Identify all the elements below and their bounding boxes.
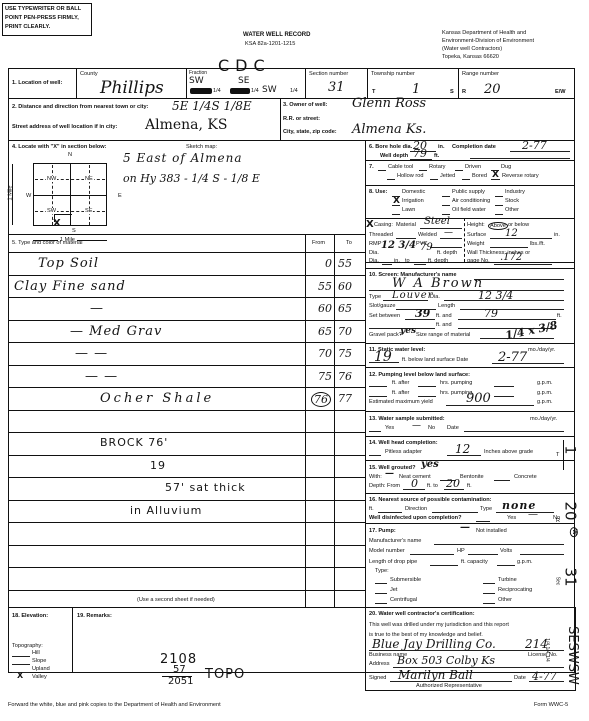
owner-label: 3. Owner of well: xyxy=(283,102,327,108)
use-other[interactable]: Other xyxy=(505,207,519,213)
material-cell[interactable]: BROCK 76' xyxy=(100,436,168,449)
south-label: S xyxy=(72,228,76,234)
gage-value[interactable]: .172 xyxy=(500,252,522,263)
agency-line-1: Kansas Department of Health and xyxy=(442,30,526,36)
nw-label: NW xyxy=(46,176,57,182)
row-divider xyxy=(8,342,366,343)
row-divider xyxy=(8,410,366,411)
rr-label: R.R. or street: xyxy=(283,116,320,122)
use-industry[interactable]: Industry xyxy=(505,189,525,195)
materials-footer: (Use a second sheet if needed) xyxy=(137,597,215,603)
material-cell[interactable]: 19 xyxy=(150,459,166,472)
remarks-line-3[interactable]: 2051 xyxy=(168,676,193,687)
cert-date-label: Date xyxy=(514,675,526,681)
row-divider xyxy=(8,545,366,546)
margin-r-dir: W xyxy=(570,527,578,537)
from-cell[interactable]: 65 xyxy=(308,325,332,338)
pump-not-installed[interactable]: Not installed xyxy=(476,528,507,534)
welded-label: Welded xyxy=(418,232,437,238)
row-divider xyxy=(8,297,366,298)
disinfected-label: Well disinfected upon completion? xyxy=(369,515,462,521)
row-divider xyxy=(8,320,366,321)
to-cell[interactable]: 70 xyxy=(338,325,352,338)
range-prefix: R xyxy=(462,89,466,95)
margin-quarter-labels: 1/4 1/4 1/4 xyxy=(544,638,550,662)
contamination-type-label: Type xyxy=(480,506,492,512)
contamination-direction: Direction xyxy=(405,506,427,512)
remarks-topo[interactable]: TOPO xyxy=(205,667,245,682)
static-below: ft. below land surface Date xyxy=(402,357,468,363)
margin-r-label: R xyxy=(556,518,560,524)
quarter-mark-3: 1/4 xyxy=(290,88,298,94)
margin-township-line xyxy=(563,440,564,470)
instruction-line-2: POINT PEN-PRESS FIRMLY, xyxy=(5,15,79,21)
weight-unit: lbs./ft. xyxy=(530,241,545,247)
material-cell[interactable]: — — xyxy=(85,369,118,384)
margin-quarters: SESWSW xyxy=(565,626,580,685)
material-cell[interactable]: Ocher Shale xyxy=(100,391,214,406)
row-divider xyxy=(8,500,366,501)
sample-no[interactable]: No xyxy=(428,425,435,431)
sketch-line-2[interactable]: on Hy 383 - 1/4 S - 1/8 E xyxy=(123,172,260,185)
sketch-map-label: Sketch map: xyxy=(186,144,217,150)
set-ft: ft. xyxy=(557,313,562,319)
location-tick-h xyxy=(54,214,72,215)
section-value[interactable]: 31 xyxy=(328,80,345,95)
topo-slope[interactable]: Slope xyxy=(32,658,46,664)
pump-model: Model number xyxy=(369,548,405,554)
from-cell[interactable]: 60 xyxy=(308,302,332,315)
screen-manufacturer[interactable]: W A Brown xyxy=(392,276,484,291)
ne-label: NE xyxy=(84,176,94,182)
static-date[interactable]: 2-77 xyxy=(498,350,527,365)
township-suffix: S xyxy=(450,89,454,95)
depth-value[interactable]: 79 xyxy=(413,147,427,160)
row-divider xyxy=(8,567,366,568)
slot-label: Slot/gauze xyxy=(369,303,395,309)
use-public[interactable]: Public supply xyxy=(452,189,485,195)
grout-to[interactable]: 20 xyxy=(446,477,460,490)
north-label: N xyxy=(68,152,72,158)
location-x-mark: X xyxy=(53,218,61,229)
material-cell[interactable]: 57' sat thick xyxy=(165,481,246,494)
to-cell[interactable]: 76 xyxy=(338,370,352,383)
grout-bentonite[interactable]: Bentonite xyxy=(460,474,484,480)
from-cell[interactable]: 75 xyxy=(308,370,332,383)
use-irrigation[interactable]: Irrigation xyxy=(402,198,424,204)
method-bored[interactable]: Bored xyxy=(472,173,487,179)
pump-label: 17. Pump: xyxy=(369,528,396,534)
row-divider xyxy=(8,432,366,433)
grout-concrete[interactable]: Concrete xyxy=(514,474,537,480)
screen-type[interactable]: Louver xyxy=(392,290,433,301)
threaded-label: Threaded xyxy=(369,232,393,238)
city-label: City, state, zip code: xyxy=(283,129,337,135)
range-label: Range number xyxy=(462,71,499,77)
from-cell[interactable]: 0 xyxy=(308,257,332,270)
grout-from[interactable]: 0 xyxy=(411,477,418,490)
row-divider xyxy=(8,275,366,276)
casing-dia2-label: Dia. xyxy=(369,258,379,264)
weight-label: Weight xyxy=(467,241,484,247)
scale-v-label: 1 Mile xyxy=(7,186,13,201)
row-divider xyxy=(8,477,366,478)
pump-drop: Length of drop pipe xyxy=(369,559,417,565)
sample-date-label: Date xyxy=(447,425,459,431)
topo-valley-check: X xyxy=(17,671,23,680)
casing-label: Casing: xyxy=(374,222,393,228)
grout-depth-label: Depth: From xyxy=(369,483,400,489)
bore-in: in. xyxy=(438,144,445,150)
use-lawn[interactable]: Lawn xyxy=(402,207,415,213)
distance-value[interactable]: 5E 1/4S 1/8E xyxy=(172,99,252,113)
pumping-ft-after-1: ft. after xyxy=(392,380,409,386)
pump-gpm: g.p.m. xyxy=(517,559,533,565)
west-label: W xyxy=(26,193,31,199)
cert-address[interactable]: Box 503 Colby Ks xyxy=(397,654,495,667)
topo-valley[interactable]: Valley xyxy=(32,674,47,680)
form-statute: KSA 82a-1201-1215 xyxy=(245,41,295,47)
margin-t-label: T xyxy=(556,452,559,458)
cert-label: 20. Water well contractor's certificatio… xyxy=(369,611,475,617)
to-cell[interactable]: 77 xyxy=(338,392,352,405)
contamination-label: 16. Nearest source of possible contamina… xyxy=(369,497,491,503)
grout-ft: ft. xyxy=(467,483,472,489)
grout-value[interactable]: yes xyxy=(421,459,439,470)
cert-date[interactable]: 4-77 xyxy=(532,670,557,683)
row-divider xyxy=(8,455,366,456)
wellhead-pitless[interactable]: Pitless adapter xyxy=(385,449,422,455)
rmp-label: RMP xyxy=(369,241,381,247)
depth-ft: ft. xyxy=(434,153,439,159)
casing-to2: to xyxy=(405,258,410,264)
static-date-format: mo./day/yr. xyxy=(528,347,555,353)
east-label: E xyxy=(118,193,122,199)
county-label: County xyxy=(80,71,98,77)
casing-depth2-label: ft. depth xyxy=(428,258,448,264)
pump-centrifugal[interactable]: Centrifugal xyxy=(390,597,417,603)
section-label: Section number xyxy=(309,71,348,77)
method-reverse[interactable]: Reverse rotary xyxy=(502,173,539,179)
gravel-label: Gravel pack? xyxy=(369,332,402,338)
surface-value[interactable]: 12 xyxy=(505,228,518,239)
from-cell[interactable]: 70 xyxy=(308,347,332,360)
row-divider xyxy=(8,387,366,388)
set-ft-and: ft. and xyxy=(436,313,452,319)
cert-signed-label: Signed xyxy=(369,675,386,681)
distance-label: 2. Distance and direction from nearest t… xyxy=(12,104,148,110)
margin-sec-label: Sec xyxy=(554,577,560,586)
sketch-label: 4. Locate with "X" in section below: xyxy=(12,144,107,150)
method-rotary[interactable]: Rotary xyxy=(429,164,445,170)
pump-manufacturer: Manufacturer's name xyxy=(369,538,421,544)
sketch-line-1[interactable]: 5 East of Almena xyxy=(123,151,243,165)
topo-hill[interactable]: Hill xyxy=(32,650,40,656)
wellhead-value[interactable]: 12 xyxy=(455,442,470,456)
pump-hp: HP xyxy=(457,548,465,554)
set-label: Set between xyxy=(369,313,400,319)
pump-turbine[interactable]: Turbine xyxy=(498,577,517,583)
completion-label: Completion date xyxy=(452,144,496,150)
contamination-ft: ft. xyxy=(369,506,374,512)
footer-forward: Forward the white, blue and pink copies … xyxy=(8,702,221,708)
material-cell[interactable]: in Alluvium xyxy=(130,504,202,517)
margin-section: 31 xyxy=(562,567,580,586)
fraction-strikeout-2 xyxy=(230,88,250,94)
sample-label: 13. Water sample submitted: xyxy=(369,416,445,422)
cert-license-label: License No. xyxy=(528,652,558,658)
pumping-label: 12. Pumping level below land surface: xyxy=(369,372,470,378)
township-prefix: T xyxy=(372,89,375,95)
use-air[interactable]: Air conditioning xyxy=(452,198,490,204)
screen-dia[interactable]: 12 3/4 xyxy=(478,289,513,302)
casing-depth-label: ft. depth xyxy=(437,250,457,256)
casing-material[interactable]: Steel xyxy=(424,216,450,227)
material-cell[interactable]: — — xyxy=(75,346,108,361)
sample-yes[interactable]: Yes xyxy=(385,425,394,431)
from-cell[interactable]: 76 xyxy=(311,392,331,407)
wellhead-suffix: Inches above grade xyxy=(484,449,533,455)
pumping-ft-after-2: ft. after xyxy=(392,390,409,396)
remarks-label: 19. Remarks: xyxy=(77,613,112,619)
static-value[interactable]: 19 xyxy=(374,349,392,365)
topography-label: Topography: xyxy=(12,643,43,649)
pump-capacity: ft. capacity xyxy=(461,559,488,565)
bore-label: 6. Bore hole dia. xyxy=(369,144,412,150)
to-cell[interactable]: 55 xyxy=(338,257,352,270)
agency-line-3: (Water well Contractors) xyxy=(442,46,502,52)
yield-gpm: g.p.m. xyxy=(537,399,553,405)
depth-label: Well depth xyxy=(380,153,408,159)
length-label: Length xyxy=(438,303,455,309)
casing-dia-value[interactable]: 12 3/4 xyxy=(381,240,416,251)
elevation-label: 18. Elevation: xyxy=(12,613,48,619)
surface-unit: in. xyxy=(554,232,560,238)
range-suffix: E/W xyxy=(555,89,566,95)
use-stock[interactable]: Stock xyxy=(505,198,519,204)
casing-depth-value[interactable]: 79 xyxy=(420,242,433,253)
set-to[interactable]: 79 xyxy=(484,307,498,320)
se-label: SE xyxy=(84,208,93,214)
use-oil[interactable]: Oil field water xyxy=(452,207,486,213)
surface-label: Surface xyxy=(467,232,486,238)
fraction-q2[interactable]: SE xyxy=(238,76,249,86)
fraction-q3[interactable]: SW xyxy=(262,85,277,95)
agency-line-2: Environment-Division of Environment xyxy=(442,38,534,44)
method-jetted[interactable]: Jetted xyxy=(440,173,455,179)
disinfected-no-mark[interactable]: — xyxy=(528,509,538,520)
set-ft-and-2: ft. and xyxy=(436,322,452,328)
street-label: Street address of well location if in ci… xyxy=(12,124,117,130)
use-domestic[interactable]: Domestic xyxy=(402,189,425,195)
to-cell[interactable]: 75 xyxy=(338,347,352,360)
form-title: WATER WELL RECORD xyxy=(243,32,310,38)
material-cell[interactable]: Top Soil xyxy=(38,256,99,271)
cert-text-1: This well was drilled under my jurisdict… xyxy=(369,622,509,628)
yield-label: Estimated maximum yield xyxy=(369,399,433,405)
quarter-mark-1: 1/4 xyxy=(213,88,221,94)
method-hollow[interactable]: Hollow rod xyxy=(397,173,423,179)
pump-submersible[interactable]: Submersible xyxy=(390,577,421,583)
grout-with: With: xyxy=(369,474,382,480)
township-label: Township number xyxy=(371,71,415,77)
to-cell[interactable]: 60 xyxy=(338,280,352,293)
grout-ft-to: ft. to xyxy=(427,483,438,489)
sample-date-format: mo./day/yr. xyxy=(530,416,557,422)
pump-other[interactable]: Other xyxy=(498,597,512,603)
instruction-line-1: USE TYPEWRITER OR BALL xyxy=(5,6,81,12)
gravel-value[interactable]: yes xyxy=(400,326,416,336)
materials-label: 5. Type and color of material xyxy=(12,240,82,246)
cert-address-label: Address xyxy=(369,661,390,667)
material-cell[interactable]: — xyxy=(90,301,104,316)
row-divider xyxy=(8,522,366,523)
from-header: From xyxy=(312,240,325,246)
pumping-gpm-2: g.p.m. xyxy=(537,390,553,396)
welded-mark[interactable]: — xyxy=(444,228,453,238)
township-value[interactable]: 1 xyxy=(412,82,420,97)
county-value[interactable]: Phillips xyxy=(100,78,164,98)
margin-annotations: 1 T 20 R W 31 Sec SESWSW 1/4 1/4 1/4 xyxy=(555,440,589,710)
casing-in2: in. xyxy=(394,258,400,264)
gage-label: gage No. xyxy=(467,258,490,264)
use-label: 8. Use: xyxy=(369,189,387,195)
fraction-strikeout xyxy=(190,88,212,94)
owner-value[interactable]: Glenn Ross xyxy=(352,96,426,111)
cert-signature[interactable]: Marilyn Ball xyxy=(398,668,473,682)
pump-type-label: Type: xyxy=(375,568,389,574)
completion-value[interactable]: 2-77 xyxy=(522,139,547,152)
pumping-gpm-1: g.p.m. xyxy=(537,380,553,386)
disinfected-yes[interactable]: Yes xyxy=(507,515,516,521)
sample-no-mark: — xyxy=(412,421,421,431)
topo-upland[interactable]: Upland xyxy=(32,666,50,672)
to-header: To xyxy=(346,240,352,246)
cert-rep-label: Authorized Representative xyxy=(416,683,482,689)
pump-volts: Volts xyxy=(500,548,512,554)
material-cell[interactable]: — Med Grav xyxy=(70,324,162,339)
casing-material-label: Material xyxy=(396,222,416,228)
to-cell[interactable]: 65 xyxy=(338,302,352,315)
instruction-line-3: PRINT CLEARLY. xyxy=(5,24,50,30)
grout-neat-mark[interactable]: — xyxy=(385,469,394,479)
set-from[interactable]: 39 xyxy=(415,307,430,320)
screen-type-label: Type xyxy=(369,294,381,300)
method-dug[interactable]: Dug xyxy=(501,164,511,170)
range-value[interactable]: 20 xyxy=(484,82,501,97)
pump-reciprocating[interactable]: Reciprocating xyxy=(498,587,532,593)
wellhead-label: 14. Well head completion: xyxy=(369,440,438,446)
city-value[interactable]: Almena Ks. xyxy=(352,122,426,137)
method-driven[interactable]: Driven xyxy=(465,164,481,170)
material-cell[interactable]: Clay Fine sand xyxy=(14,279,126,294)
location-label: 1. Location of well: xyxy=(12,80,62,86)
casing-check[interactable]: X xyxy=(366,219,374,230)
quarter-mark-2: 1/4 xyxy=(251,88,259,94)
fraction-q1[interactable]: SW xyxy=(189,76,204,86)
screen-dia-label: Dia. xyxy=(430,294,440,300)
pump-jet[interactable]: Jet xyxy=(390,587,397,593)
method-reverse-check: X xyxy=(492,170,499,180)
street-value[interactable]: Almena, KS xyxy=(145,117,227,133)
use-irrigation-check: X xyxy=(393,196,400,206)
pump-mark[interactable]: — xyxy=(460,522,470,533)
remarks-line-2[interactable]: 57 xyxy=(173,664,186,675)
from-cell[interactable]: 55 xyxy=(308,280,332,293)
casing-dia-label: Dia. xyxy=(369,250,379,256)
cert-business[interactable]: Blue Jay Drilling Co. xyxy=(372,637,496,651)
margin-range: 20 xyxy=(562,501,580,520)
height-label: Height: xyxy=(467,222,485,228)
size-label: Size range of material xyxy=(416,332,470,338)
method-cable[interactable]: Cable tool xyxy=(388,164,413,170)
method-label: 7. xyxy=(369,164,374,170)
row-divider xyxy=(8,365,366,366)
agency-line-4: Topeka, Kansas 66620 xyxy=(442,54,499,60)
yield-value[interactable]: 900 xyxy=(466,391,491,406)
pumping-hrs-1: hrs. pumping xyxy=(440,380,472,386)
